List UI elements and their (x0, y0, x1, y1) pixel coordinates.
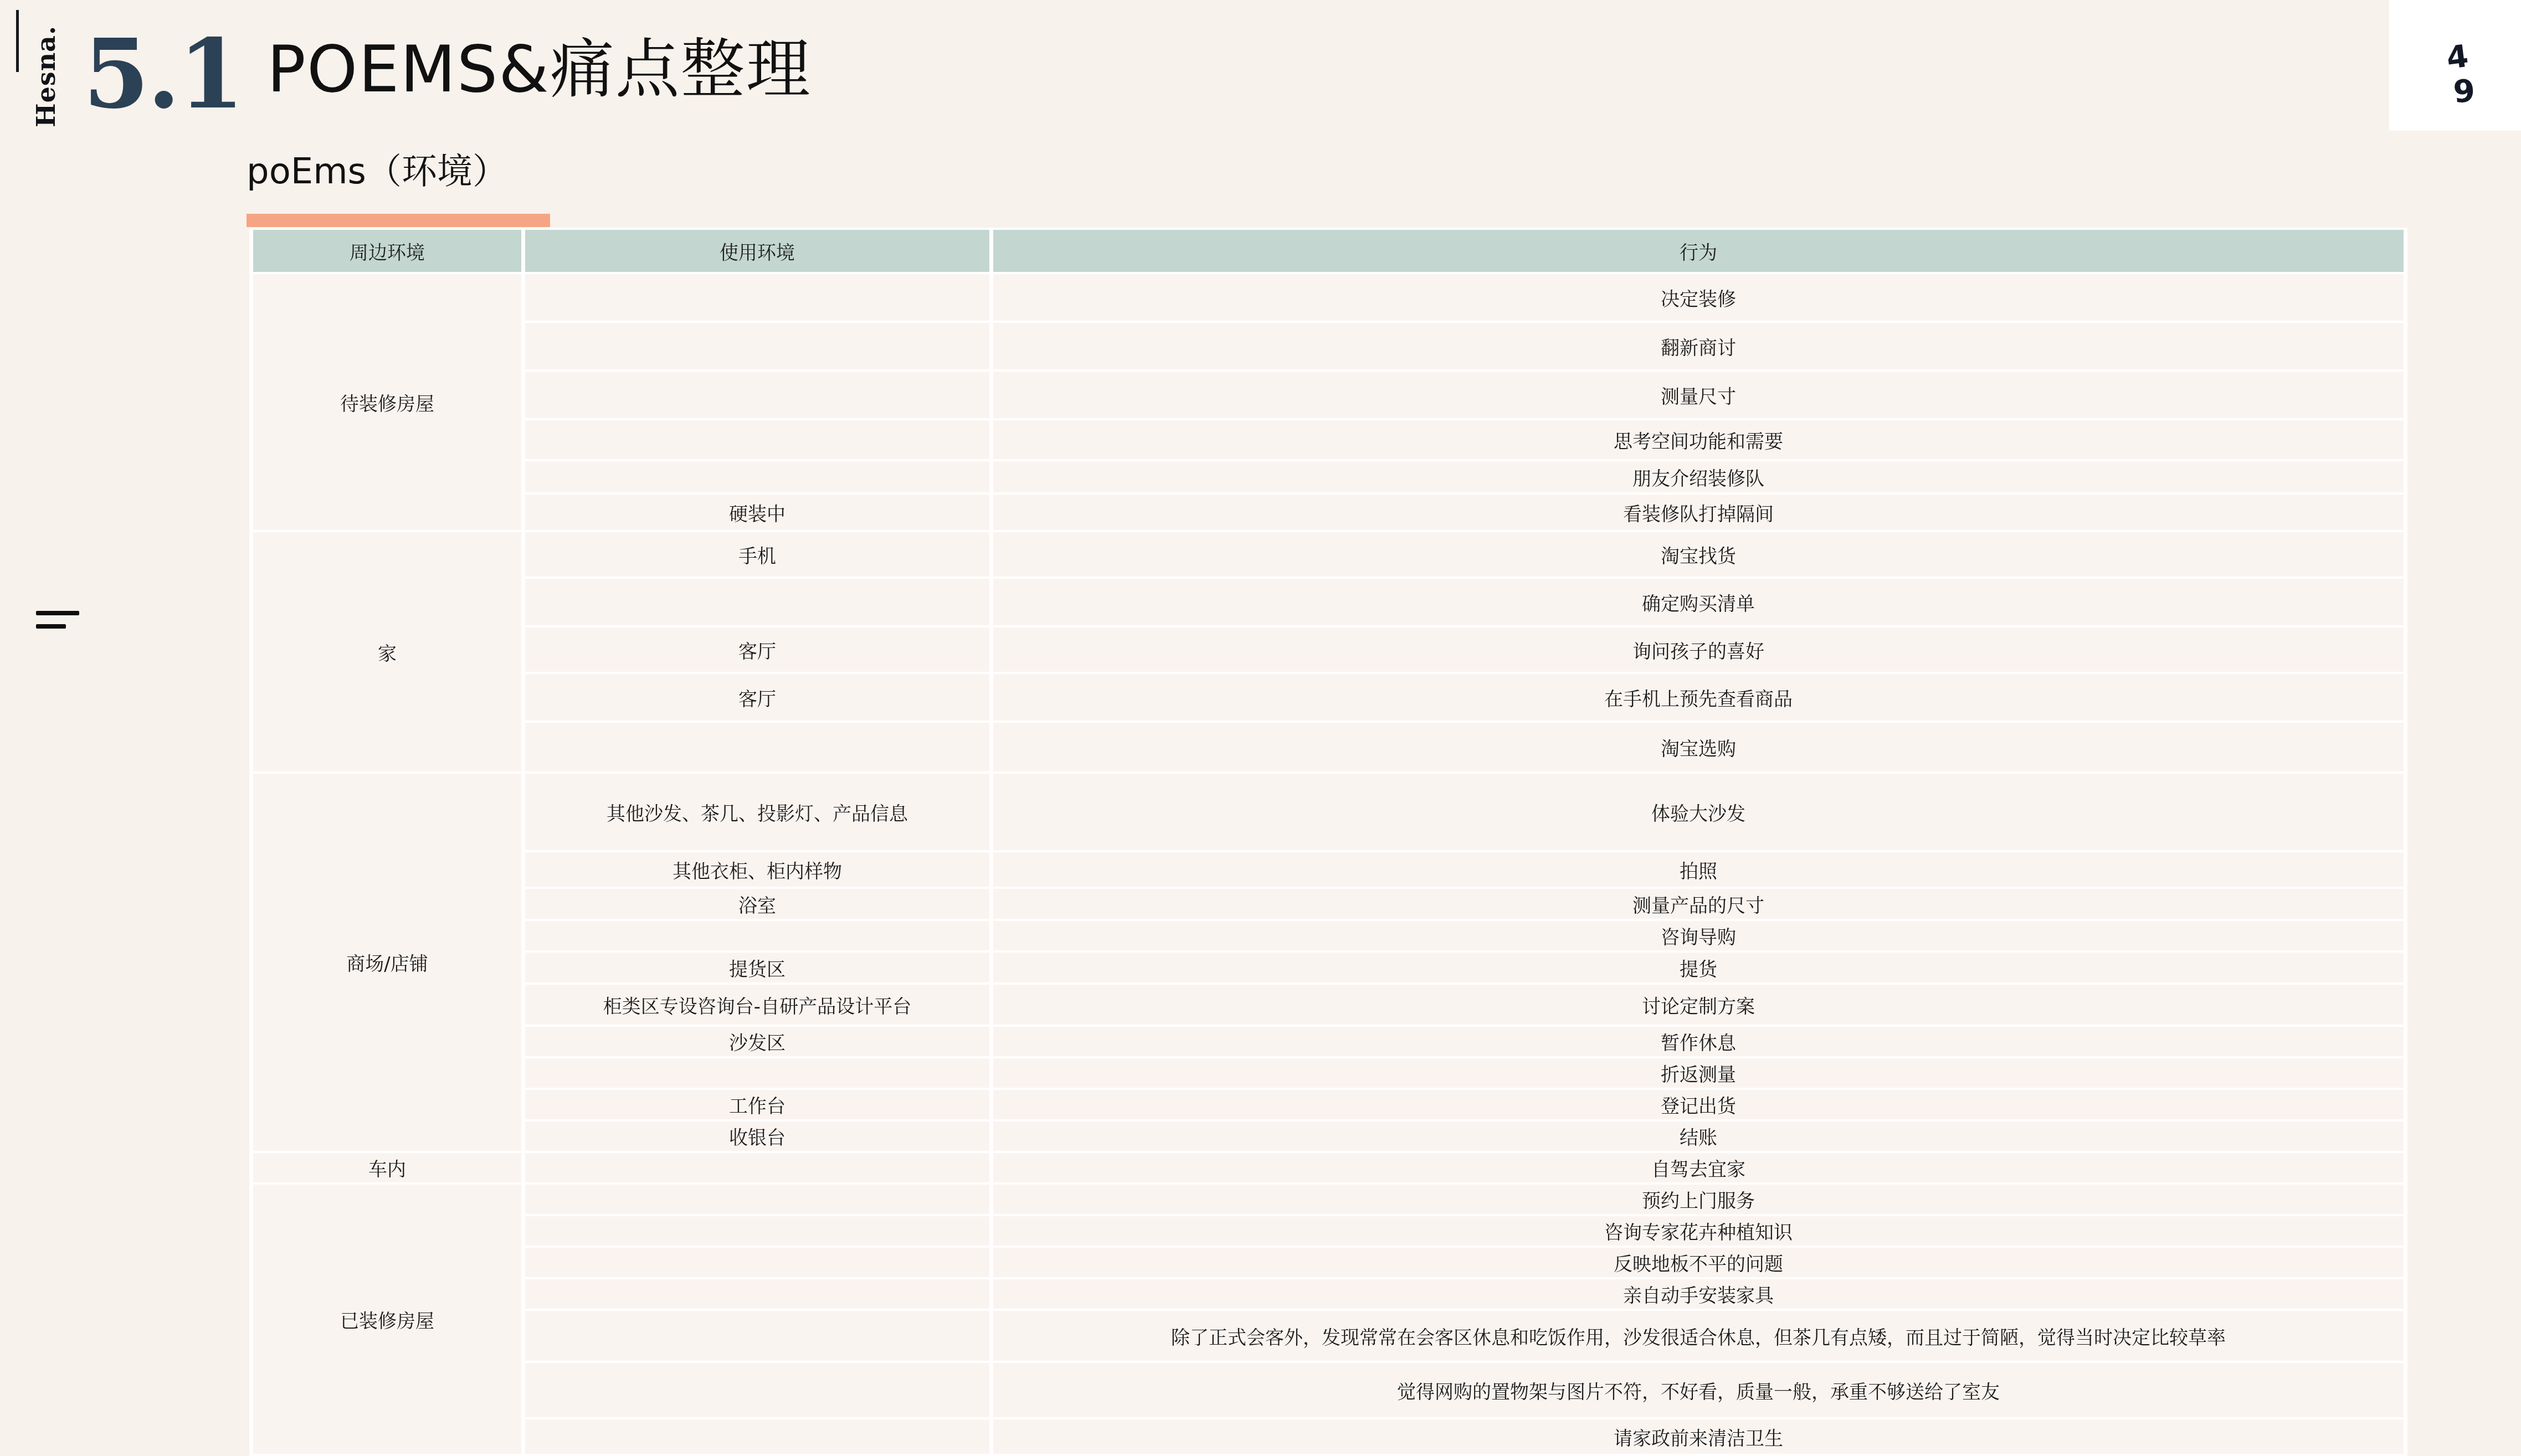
behavior-cell: 测量产品的尺寸 (993, 889, 2404, 919)
behavior-cell: 咨询专家花卉种植知识 (993, 1216, 2404, 1246)
usage-cell: 提货区 (525, 953, 989, 982)
table-row: 折返测量 (253, 1058, 2404, 1088)
table-row: 提货区提货 (253, 953, 2404, 982)
table-row: 工作台登记出货 (253, 1090, 2404, 1119)
table-row: 觉得网购的置物架与图片不符，不好看，质量一般，承重不够送给了室友 (253, 1363, 2404, 1417)
page-number-digit-top: 4 (2445, 41, 2471, 74)
brand-accent-rule (16, 10, 19, 72)
usage-cell (525, 461, 989, 492)
column-header-3: 行为 (993, 230, 2404, 272)
section-number: 5.1 (83, 27, 242, 122)
list-lines-icon[interactable] (36, 609, 80, 631)
behavior-cell: 朋友介绍装修队 (993, 461, 2404, 492)
table-row: 咨询导购 (253, 921, 2404, 950)
usage-cell: 浴室 (525, 889, 989, 919)
usage-cell (525, 1058, 989, 1088)
table-row: 家手机淘宝找货 (253, 532, 2404, 577)
table-row: 柜类区专设咨询台-自研产品设计平台讨论定制方案 (253, 985, 2404, 1025)
behavior-cell: 翻新商讨 (993, 323, 2404, 369)
usage-cell: 沙发区 (525, 1027, 989, 1056)
usage-cell: 客厅 (525, 627, 989, 672)
usage-cell: 收银台 (525, 1121, 989, 1151)
behavior-cell: 确定购买清单 (993, 579, 2404, 625)
table-row: 车内自驾去宜家 (253, 1153, 2404, 1182)
behavior-cell: 淘宝找货 (993, 532, 2404, 577)
usage-cell: 柜类区专设咨询台-自研产品设计平台 (525, 985, 989, 1025)
usage-cell (525, 420, 989, 459)
usage-cell: 其他衣柜、柜内样物 (525, 852, 989, 887)
usage-cell (525, 1216, 989, 1246)
usage-cell (525, 1153, 989, 1182)
table-row: 反映地板不平的问题 (253, 1248, 2404, 1277)
page-number-box: 4 9 (2389, 0, 2521, 131)
behavior-cell: 亲自动手安装家具 (993, 1279, 2404, 1309)
behavior-cell: 拍照 (993, 852, 2404, 887)
brand-logo: Hesna. (31, 25, 61, 127)
poems-table: 周边环境使用环境行为 待装修房屋决定装修翻新商讨测量尺寸思考空间功能和需要朋友介… (249, 228, 2407, 1418)
page-number-digit-bottom: 9 (2452, 76, 2476, 109)
usage-cell (525, 1248, 989, 1277)
behavior-cell: 询问孩子的喜好 (993, 627, 2404, 672)
behavior-cell: 反映地板不平的问题 (993, 1248, 2404, 1277)
page-title: POEMS&痛点整理 (267, 34, 812, 105)
behavior-cell: 测量尺寸 (993, 372, 2404, 418)
behavior-cell: 登记出货 (993, 1090, 2404, 1119)
usage-cell (525, 1185, 989, 1214)
usage-cell: 手机 (525, 532, 989, 577)
usage-cell (525, 921, 989, 950)
table-row: 收银台结账 (253, 1121, 2404, 1151)
table-row: 沙发区暂作休息 (253, 1027, 2404, 1056)
table-row: 测量尺寸 (253, 372, 2404, 418)
table-row: 确定购买清单 (253, 579, 2404, 625)
usage-cell (525, 274, 989, 321)
behavior-cell: 暂作休息 (993, 1027, 2404, 1056)
table-row: 已装修房屋预约上门服务 (253, 1185, 2404, 1214)
table-row: 其他衣柜、柜内样物拍照 (253, 852, 2404, 887)
usage-cell (525, 579, 989, 625)
behavior-cell: 决定装修 (993, 274, 2404, 321)
table-row: 除了正式会客外，发现常常在会客区休息和吃饭作用，沙发很适合休息，但茶几有点矮，而… (253, 1311, 2404, 1361)
table-row: 待装修房屋决定装修 (253, 274, 2404, 321)
table-row: 亲自动手安装家具 (253, 1279, 2404, 1309)
env-cell: 已装修房屋 (253, 1185, 521, 1418)
usage-cell: 客厅 (525, 674, 989, 721)
usage-cell (525, 723, 989, 771)
column-header-1: 周边环境 (253, 230, 521, 272)
behavior-cell: 觉得网购的置物架与图片不符，不好看，质量一般，承重不够送给了室友 (993, 1363, 2404, 1417)
table-row: 淘宝选购 (253, 723, 2404, 771)
usage-cell: 工作台 (525, 1090, 989, 1119)
poems-table-header: 周边环境使用环境行为 (253, 230, 2404, 272)
subtitle: poEms（环境） (247, 143, 508, 194)
behavior-cell: 预约上门服务 (993, 1185, 2404, 1214)
env-cell: 待装修房屋 (253, 274, 521, 530)
behavior-cell: 思考空间功能和需要 (993, 420, 2404, 459)
behavior-cell: 淘宝选购 (993, 723, 2404, 771)
table-row: 翻新商讨 (253, 323, 2404, 369)
column-header-2: 使用环境 (525, 230, 989, 272)
usage-cell: 硬装中 (525, 495, 989, 530)
usage-cell (525, 372, 989, 418)
list-line-short (36, 624, 66, 629)
table-row: 思考空间功能和需要 (253, 420, 2404, 459)
behavior-cell: 咨询导购 (993, 921, 2404, 950)
env-cell: 车内 (253, 1153, 521, 1182)
table-row: 咨询专家花卉种植知识 (253, 1216, 2404, 1246)
table-row: 朋友介绍装修队 (253, 461, 2404, 492)
table-row: 客厅在手机上预先查看商品 (253, 674, 2404, 721)
env-cell: 商场/店铺 (253, 774, 521, 1151)
usage-cell (525, 1363, 989, 1417)
list-line-long (36, 611, 79, 615)
behavior-cell: 折返测量 (993, 1058, 2404, 1088)
subtitle-underline (247, 214, 550, 227)
behavior-cell: 结账 (993, 1121, 2404, 1151)
behavior-cell: 自驾去宜家 (993, 1153, 2404, 1182)
table-row: 浴室测量产品的尺寸 (253, 889, 2404, 919)
behavior-cell: 体验大沙发 (993, 774, 2404, 850)
table-row: 客厅询问孩子的喜好 (253, 627, 2404, 672)
behavior-cell: 讨论定制方案 (993, 985, 2404, 1025)
usage-cell (525, 323, 989, 369)
usage-cell: 其他沙发、茶几、投影灯、产品信息 (525, 774, 989, 850)
usage-cell (525, 1311, 989, 1361)
behavior-cell: 在手机上预先查看商品 (993, 674, 2404, 721)
behavior-cell: 提货 (993, 953, 2404, 982)
table-row: 商场/店铺其他沙发、茶几、投影灯、产品信息体验大沙发 (253, 774, 2404, 850)
behavior-cell: 除了正式会客外，发现常常在会客区休息和吃饭作用，沙发很适合休息，但茶几有点矮，而… (993, 1311, 2404, 1361)
table-row: 硬装中看装修队打掉隔间 (253, 495, 2404, 530)
slide: Hesna. 5.1 POEMS&痛点整理 poEms（环境） 4 9 周边环境… (0, 0, 2521, 1418)
env-cell: 家 (253, 532, 521, 771)
behavior-cell: 看装修队打掉隔间 (993, 495, 2404, 530)
usage-cell (525, 1279, 989, 1309)
